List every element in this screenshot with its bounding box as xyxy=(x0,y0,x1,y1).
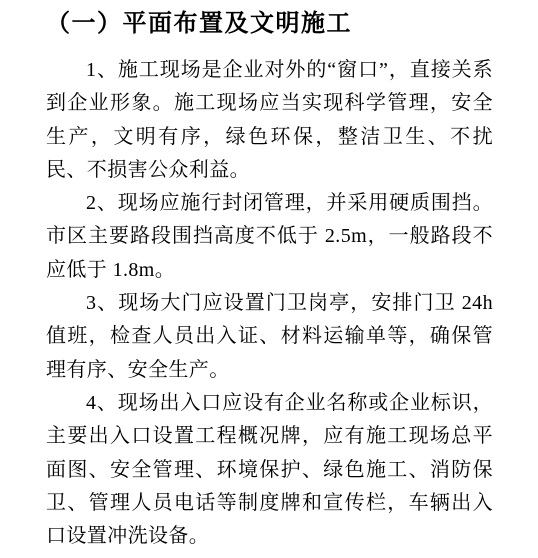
paragraph-site-window: 1、施工现场是企业对外的“窗口”，直接关系到企业形象。施工现场应当实现科学管理，… xyxy=(46,54,493,187)
paragraph-gate-guard: 3、现场大门应设置门卫岗亭，安排门卫 24h值班，检查人员出入证、材料运输单等，… xyxy=(46,287,493,387)
paragraph-entrance-signage: 4、现场出入口应设有企业名称或企业标识，主要出入口设置工程概况牌，应有施工现场总… xyxy=(46,387,493,553)
paragraph-enclosure-management: 2、现场应施行封闭管理，并采用硬质围挡。市区主要路段围挡高度不低于 2.5m，一… xyxy=(46,187,493,287)
document-page: （一）平面布置及文明施工 1、施工现场是企业对外的“窗口”，直接关系到企业形象。… xyxy=(0,0,538,558)
section-heading: （一）平面布置及文明施工 xyxy=(46,8,493,40)
